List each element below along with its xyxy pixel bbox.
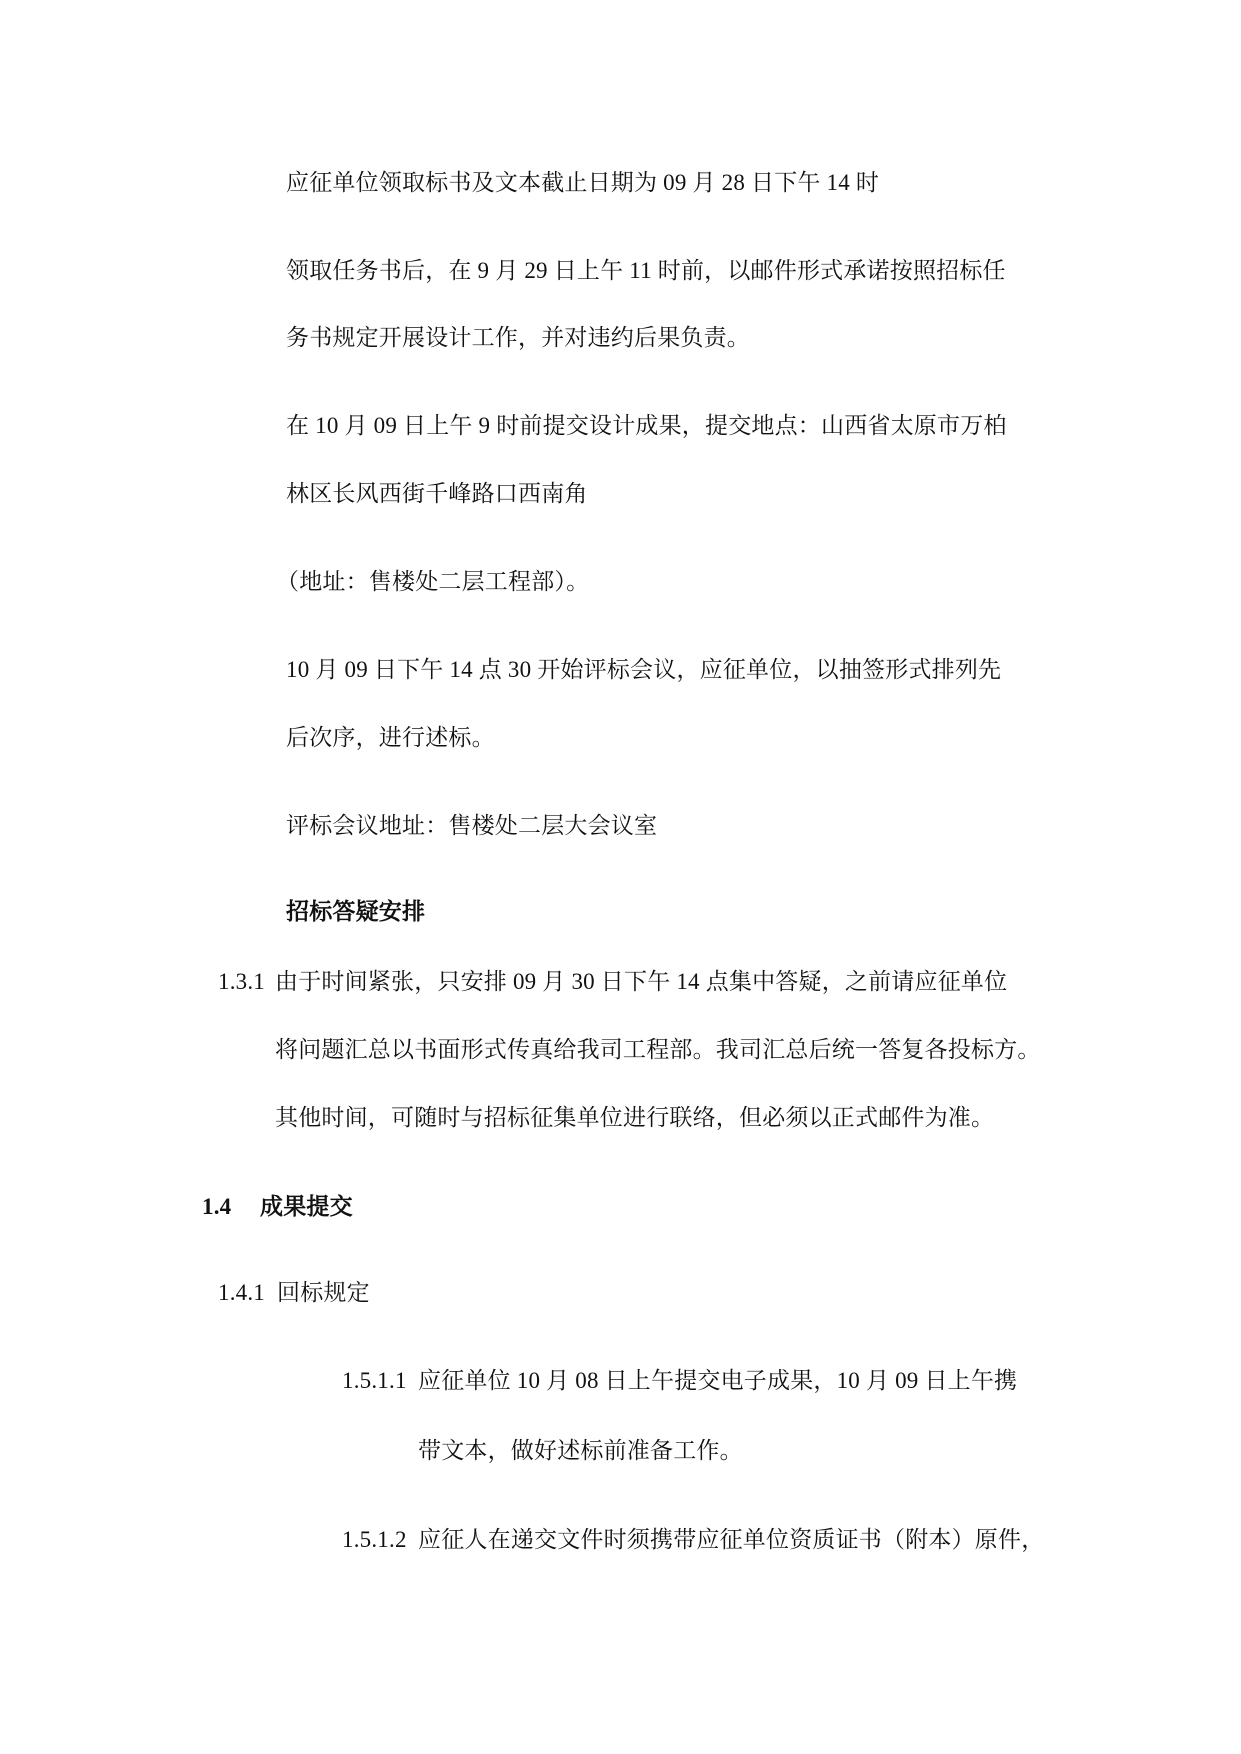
paragraph-submission-line-2: 林区长风西街千峰路口西南角 — [286, 479, 588, 509]
section-1-3-1-line-3: 其他时间，可随时与招标征集单位进行联络，但必须以正式邮件为准。 — [275, 1103, 994, 1133]
paragraph-address: （地址：售楼处二层工程部）。 — [276, 567, 589, 597]
paragraph-meeting-line-1: 10 月 09 日下午 14 点 30 开始评标会议，应征单位，以抽签形式排列先 — [286, 655, 1001, 685]
paragraph-deadline: 应征单位领取标书及文本截止日期为 09 月 28 日下午 14 时 — [286, 168, 879, 198]
section-1-3-1-number: 1.3.1 — [218, 967, 265, 997]
paragraph-submission-line-1: 在 10 月 09 日上午 9 时前提交设计成果，提交地点：山西省太原市万柏 — [286, 411, 1007, 441]
section-1-4-title: 成果提交 — [260, 1192, 353, 1222]
paragraph-meeting-address: 评标会议地址：售楼处二层大会议室 — [286, 811, 657, 841]
subheading-qa: 招标答疑安排 — [286, 897, 425, 927]
section-1-4-1-number: 1.4.1 — [218, 1278, 265, 1308]
section-1-4-1-title: 回标规定 — [277, 1278, 370, 1308]
section-1-5-1-1-line-1: 应征单位 10 月 08 日上午提交电子成果，10 月 09 日上午携 — [418, 1366, 1017, 1396]
section-1-3-1-line-1: 由于时间紧张，只安排 09 月 30 日下午 14 点集中答疑，之前请应征单位 — [275, 967, 1007, 997]
section-1-5-1-2-line-1: 应征人在递交文件时须携带应征单位资质证书（附本）原件， — [418, 1525, 1044, 1555]
paragraph-meeting-line-2: 后次序，进行述标。 — [286, 723, 495, 753]
section-1-3-1-line-2: 将问题汇总以书面形式传真给我司工程部。我司汇总后统一答复各投标方。 — [275, 1035, 1041, 1065]
section-1-5-1-2-number: 1.5.1.2 — [342, 1525, 407, 1555]
paragraph-commitment-line-1: 领取任务书后，在 9 月 29 日上午 11 时前，以邮件形式承诺按照招标任 — [286, 256, 1006, 286]
section-1-4-number: 1.4 — [202, 1192, 231, 1222]
section-1-5-1-1-line-2: 带文本，做好述标前准备工作。 — [418, 1436, 743, 1466]
paragraph-commitment-line-2: 务书规定开展设计工作，并对违约后果负责。 — [286, 323, 750, 353]
section-1-5-1-1-number: 1.5.1.1 — [342, 1366, 407, 1396]
